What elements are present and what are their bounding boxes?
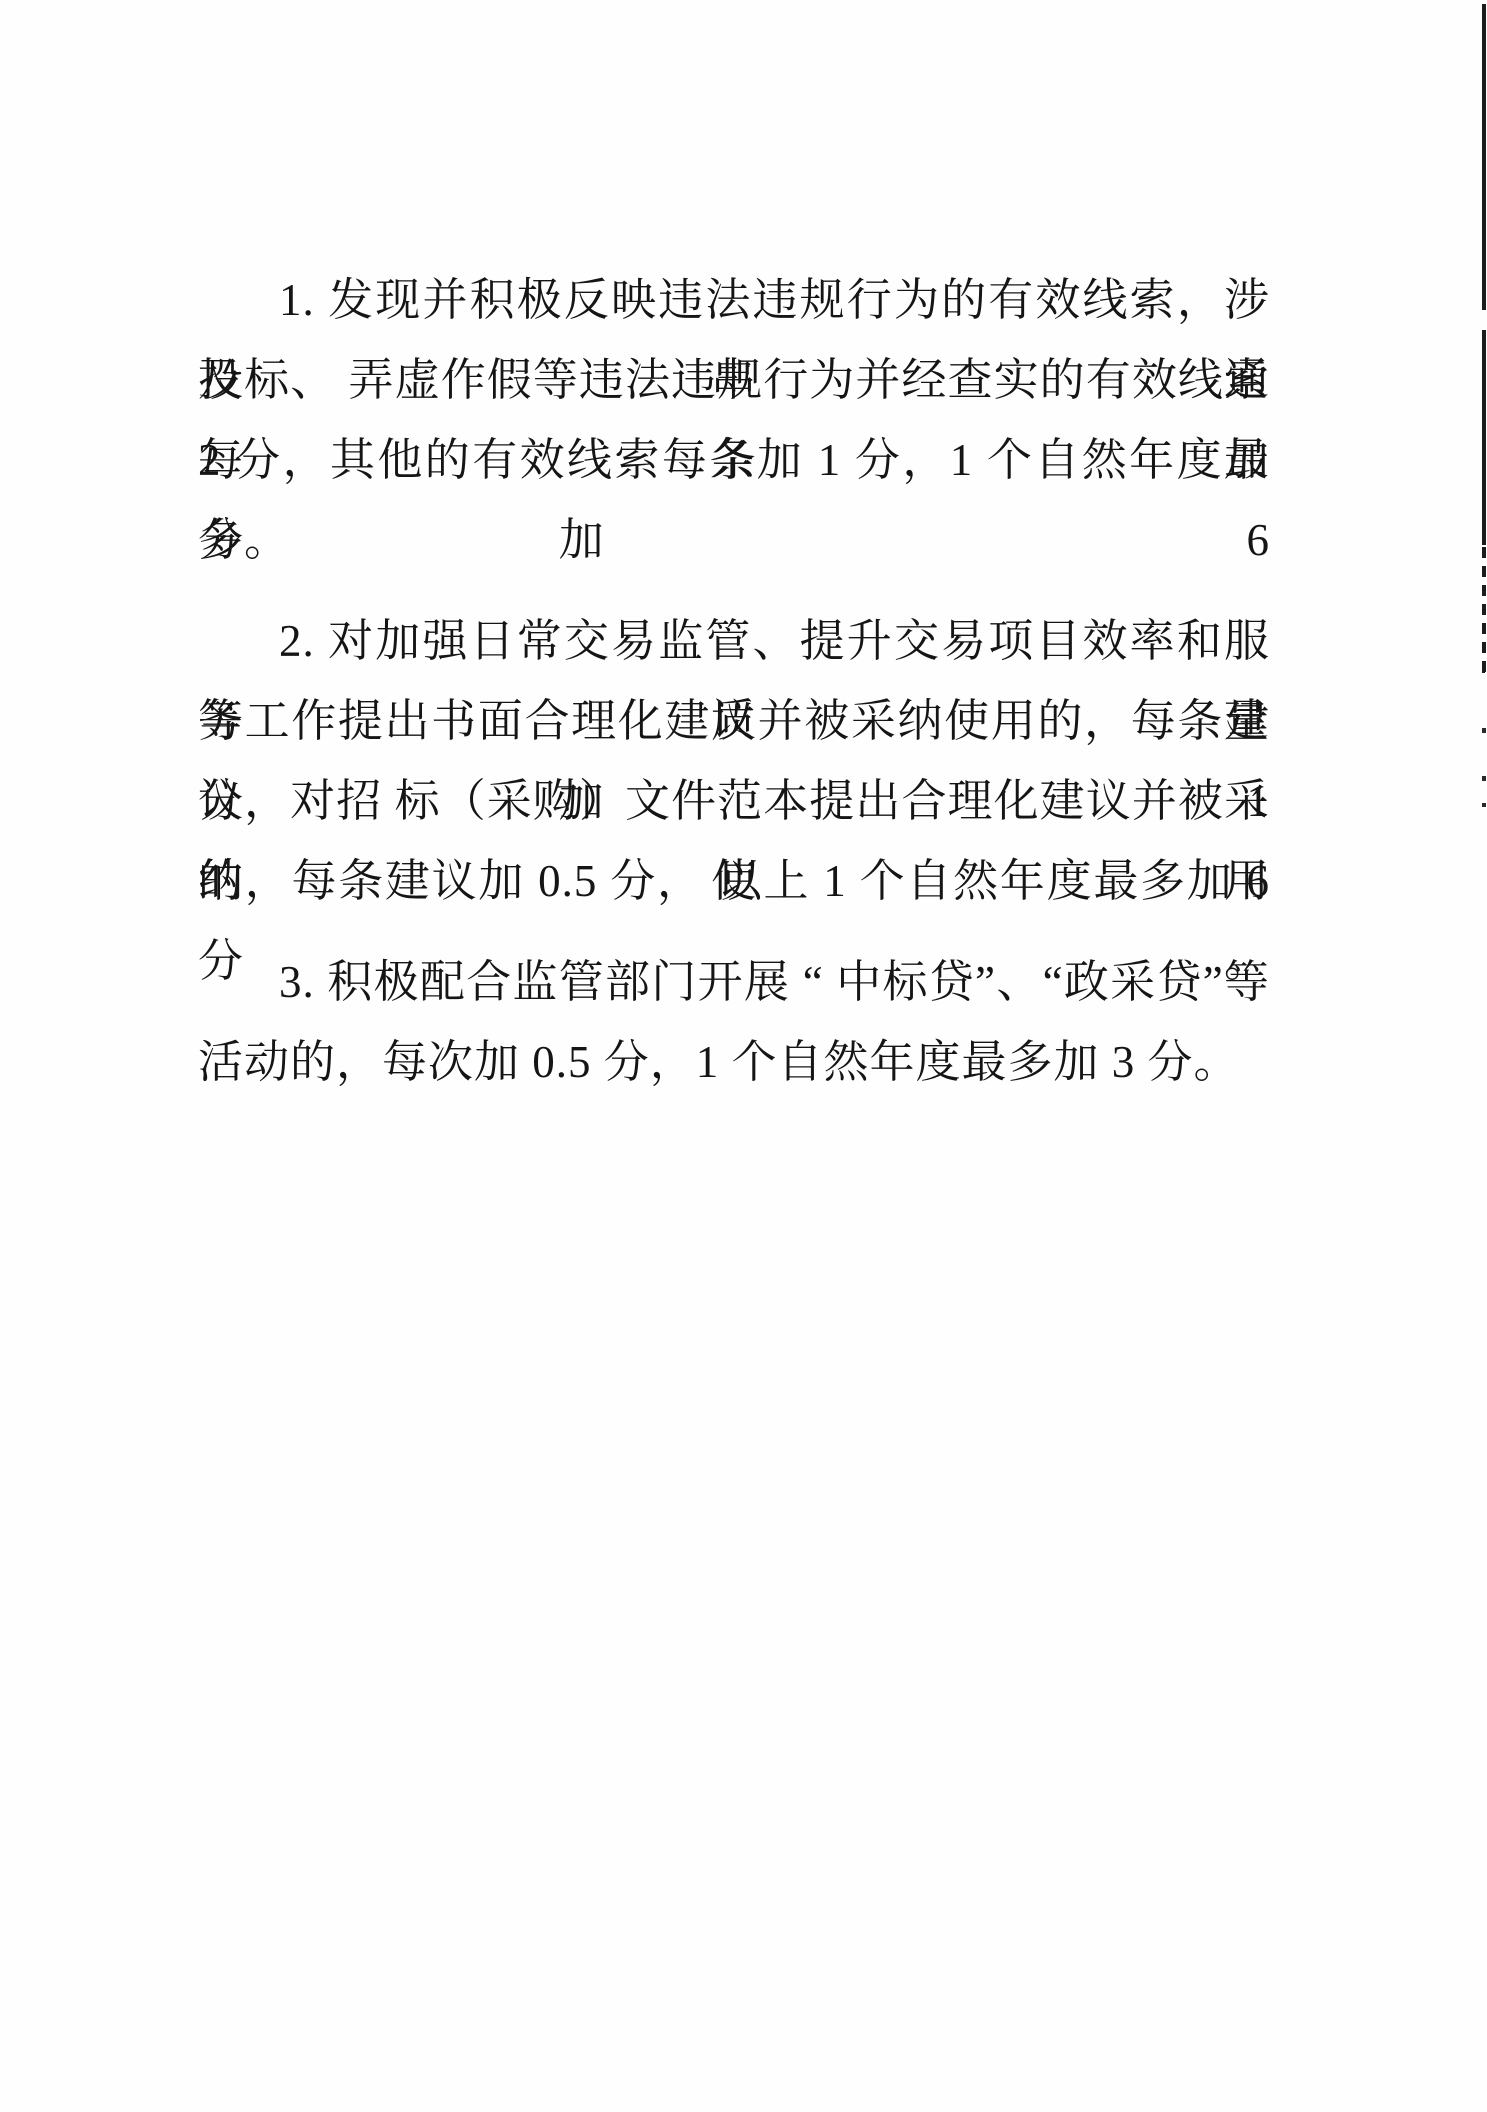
text-line: 投标、 弄虚作假等违法违规行为并经查实的有效线索每条加 (198, 340, 1270, 420)
text-line: 1. 发现并积极反映违法违规行为的有效线索，涉及串通 (198, 260, 1270, 340)
text-line: 分，对招 标（采购）文件范本提出合理化建议并被采纳使用 (198, 761, 1270, 841)
document-page: 1. 发现并积极反映违法违规行为的有效线索，涉及串通 投标、 弄虚作假等违法违规… (0, 0, 1487, 2112)
scan-edge-mark (1482, 645, 1485, 653)
text-line: 等工作提出书面合理化建议并被采纳使用的，每条建议加 1 (198, 681, 1270, 761)
scan-edge-mark (1482, 663, 1485, 673)
paragraph-2: 2. 对加强日常交易监管、提升交易项目效率和服务质量 等工作提出书面合理化建议并… (198, 601, 1270, 921)
scan-edge-line-segment (1482, 4, 1486, 310)
text-line: 活动的，每次加 0.5 分，1 个自然年度最多加 3 分。 (198, 1022, 1270, 1102)
text-line: 2. 对加强日常交易监管、提升交易项目效率和服务质量 (198, 601, 1270, 681)
scan-edge-dot (1482, 728, 1486, 733)
scan-edge-dot (1482, 803, 1486, 807)
scan-edge-line-segment (1482, 330, 1486, 545)
paragraph-3: 3. 积极配合监管部门开展 “ 中标贷”、“政采贷”等 活动的，每次加 0.5 … (198, 942, 1270, 1102)
text-line: 2 分，其他的有效线索每条加 1 分，1 个自然年度最多加 6 (198, 420, 1270, 500)
scan-edge-dot (1482, 776, 1486, 781)
paragraph-1: 1. 发现并积极反映违法违规行为的有效线索，涉及串通 投标、 弄虚作假等违法违规… (198, 260, 1270, 580)
scan-edge-artifact (1480, 0, 1487, 900)
text-line: 3. 积极配合监管部门开展 “ 中标贷”、“政采贷”等 (198, 942, 1270, 1022)
text-line: 的，每条建议加 0.5 分， 以上 1 个自然年度最多加 6 分。 (198, 841, 1270, 921)
scan-edge-dashed-segment (1482, 547, 1486, 675)
text-block: 1. 发现并积极反映违法违规行为的有效线索，涉及串通 投标、 弄虚作假等违法违规… (198, 260, 1270, 1102)
